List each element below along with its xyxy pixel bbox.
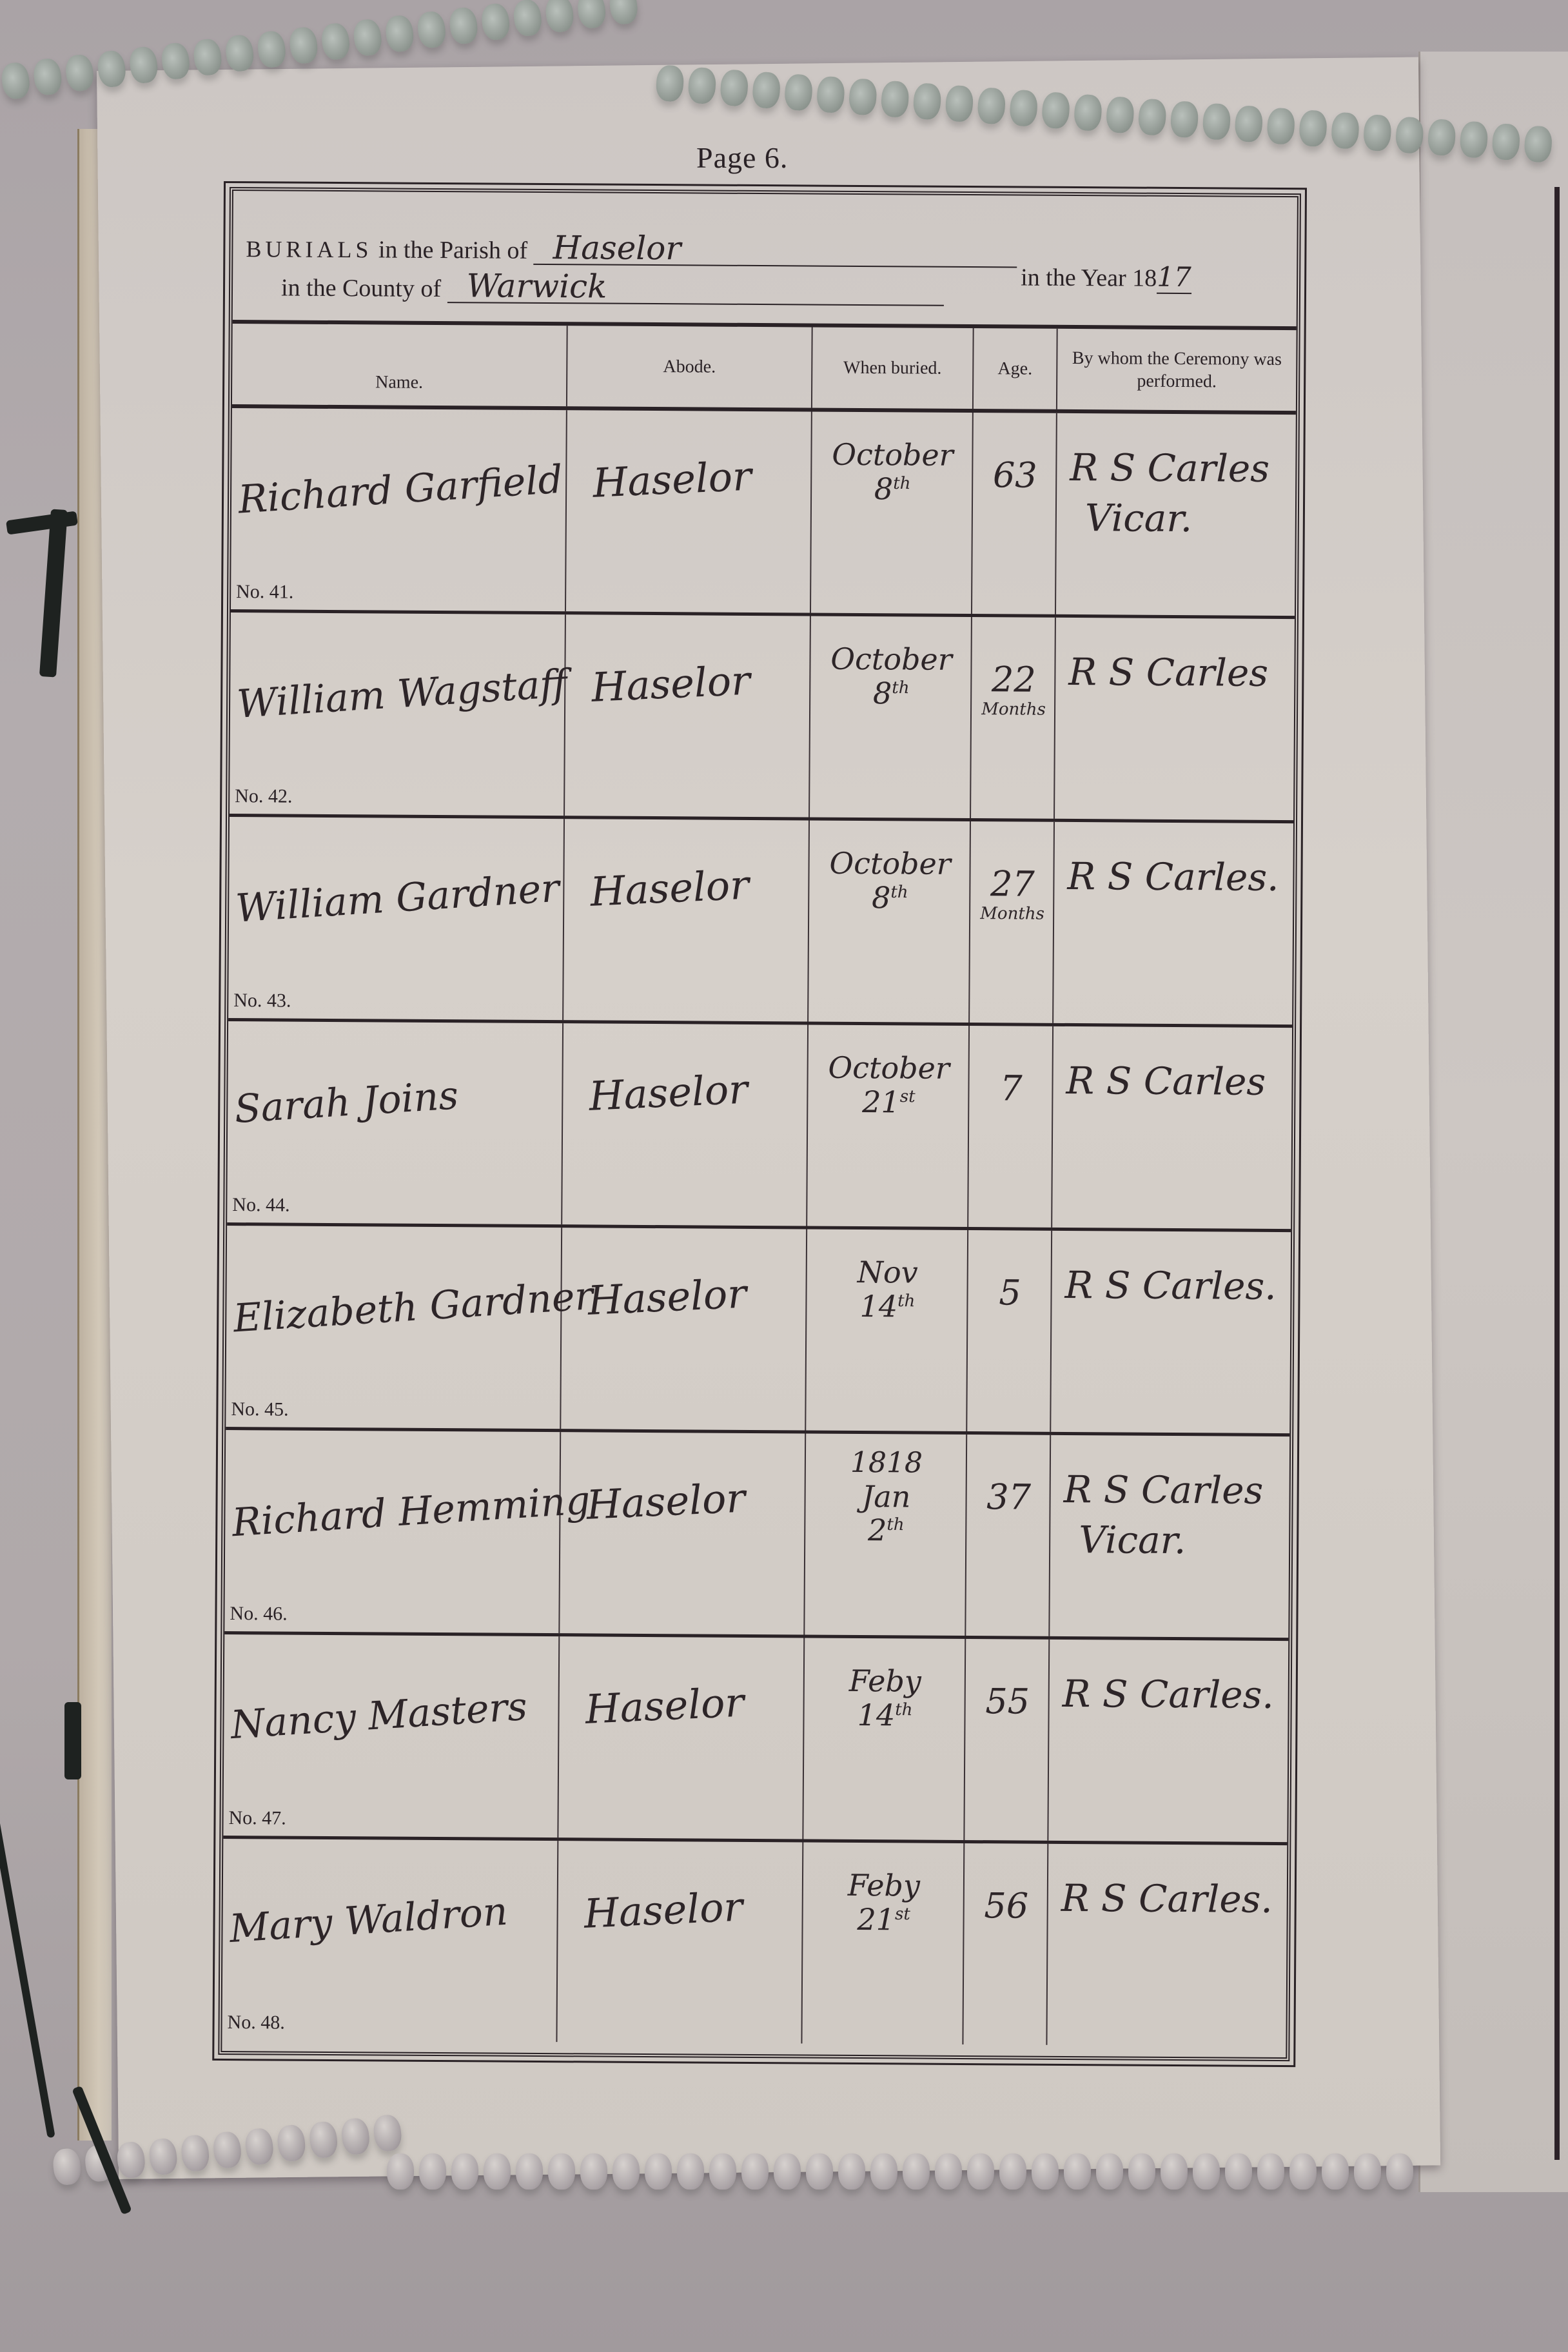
cell-officiant: R S Carles — [1052, 1026, 1292, 1229]
cell-abode: Haselor — [566, 410, 812, 612]
cell-name: Richard Garfield No. 41. — [231, 408, 567, 611]
entry-number: No. 47. — [228, 1807, 286, 1830]
burial-month: Feby — [848, 1868, 920, 1903]
abode-value: Haselor — [587, 1270, 747, 1324]
page-number: Page 6. — [696, 141, 788, 175]
day-suffix: th — [892, 678, 909, 698]
entry-number: No. 43. — [233, 990, 291, 1012]
officiant-title — [1068, 697, 1268, 698]
burial-day: 21 — [862, 1084, 900, 1119]
column-header-age: Age. — [974, 328, 1058, 409]
entry-number: No. 41. — [236, 581, 293, 603]
column-header-ceremony-by: By whom the Ceremony was performed. — [1057, 329, 1297, 411]
age-unit — [975, 1110, 1046, 1110]
register-entry: Mary Waldron No. 48. Haselor Feby21st 56… — [222, 1839, 1287, 2046]
burial-month: Jan — [862, 1479, 911, 1514]
age-unit — [973, 1518, 1044, 1519]
parish-value: Haselor — [533, 231, 1017, 268]
cell-name: Nancy Masters No. 47. — [223, 1634, 560, 1837]
parish-line: BURIALS in the Parish of Haselor — [246, 230, 1017, 268]
cell-name: William Gardner No. 43. — [228, 817, 565, 1020]
year-prefix: in the Year 18 — [1021, 264, 1157, 291]
officiant-name: R S Carles — [1068, 650, 1268, 695]
officiant-title — [1061, 1923, 1273, 1925]
burial-day: 2 — [868, 1513, 887, 1548]
cell-age: 56 — [963, 1843, 1048, 2045]
entry-number: No. 44. — [232, 1194, 289, 1217]
parish-prefix: in the Parish of — [378, 236, 527, 264]
officiant-title — [1064, 1310, 1276, 1311]
cell-when-buried: October21st — [807, 1025, 970, 1228]
cell-name: Richard Hemming No. 46. — [224, 1430, 561, 1633]
cell-name: Mary Waldron No. 48. — [222, 1839, 558, 2042]
entry-number: No. 45. — [231, 1398, 288, 1421]
cell-when-buried: Feby14th — [803, 1638, 966, 1840]
cell-officiant: R S CarlesVicar. — [1050, 1435, 1289, 1638]
officiant-name: R S Carles — [1063, 1467, 1263, 1513]
cell-name: Elizabeth Gardner No. 45. — [226, 1226, 562, 1429]
burial-day: 14 — [859, 1289, 897, 1324]
entry-number: No. 46. — [230, 1603, 287, 1625]
day-suffix: st — [895, 1905, 910, 1924]
day-suffix: st — [900, 1087, 916, 1106]
abode-value: Haselor — [585, 1475, 746, 1529]
cell-officiant: R S Carles. — [1051, 1231, 1291, 1433]
right-facing-page — [1418, 52, 1568, 2192]
age-unit: Months — [978, 701, 1049, 718]
year-value: 17 — [1157, 261, 1191, 294]
burial-day: 14 — [857, 1698, 896, 1732]
deceased-name: William Gardner — [235, 866, 561, 932]
register-entry: Nancy Masters No. 47. Haselor Feby14th 5… — [223, 1634, 1288, 1845]
age-value: 22 — [992, 659, 1036, 700]
cell-age: 7 — [968, 1026, 1053, 1228]
cell-abode: Haselor — [560, 1432, 806, 1634]
county-prefix: in the County of — [281, 274, 441, 302]
age-value: 7 — [1000, 1068, 1023, 1108]
officiant-name: R S Carles — [1066, 1059, 1266, 1104]
abode-value: Haselor — [592, 453, 752, 507]
cell-abode: Haselor — [558, 1636, 805, 1839]
cell-abode: Haselor — [565, 614, 811, 817]
age-value: 37 — [986, 1476, 1031, 1517]
burial-month: Feby — [849, 1663, 921, 1699]
day-suffix: th — [887, 1515, 904, 1534]
cell-officiant: R S Carles. — [1048, 1640, 1288, 1842]
cell-when-buried: 1818Jan2th — [805, 1433, 967, 1636]
cell-when-buried: October8th — [808, 821, 971, 1023]
age-unit: Months — [977, 905, 1048, 923]
burial-month: Nov — [857, 1255, 918, 1290]
column-header-abode: Abode. — [567, 326, 813, 407]
entry-number: No. 42. — [235, 785, 292, 808]
officiant-name: R S Carles. — [1061, 1876, 1273, 1921]
cell-officiant: R S Carles — [1055, 618, 1295, 820]
age-value: 56 — [984, 1885, 1028, 1926]
deceased-name: William Wagstaff — [235, 661, 568, 727]
officiant-title — [1063, 1719, 1274, 1720]
cell-when-buried: October8th — [811, 412, 974, 614]
register-entry: Richard Garfield No. 41. Haselor October… — [231, 408, 1296, 619]
cell-abode: Haselor — [562, 1023, 808, 1226]
day-suffix: th — [893, 474, 910, 493]
abode-value: Haselor — [591, 657, 751, 711]
deceased-name: Richard Garfield — [237, 457, 563, 523]
cell-age: 63 — [972, 413, 1057, 614]
day-suffix: th — [897, 1291, 915, 1311]
burial-day: 8 — [874, 471, 894, 506]
burial-day: 8 — [873, 676, 892, 710]
cell-age: 55 — [965, 1639, 1050, 1841]
officiant-name: R S Carles. — [1063, 1672, 1274, 1717]
register-entries: Richard Garfield No. 41. Haselor October… — [222, 408, 1295, 2046]
right-page-frame-edge — [1554, 187, 1560, 2160]
register-entry: Richard Hemming No. 46. Haselor 1818Jan2… — [224, 1430, 1289, 1641]
cell-when-buried: Nov14th — [806, 1230, 968, 1432]
cell-when-buried: October8th — [810, 616, 972, 819]
cell-age: 37 — [966, 1435, 1051, 1636]
day-suffix: th — [890, 883, 908, 902]
officiant-name: R S Carles — [1070, 446, 1269, 491]
column-header-when-buried: When buried. — [812, 328, 974, 409]
cell-name: Sarah Joins No. 44. — [227, 1021, 563, 1224]
abode-value: Haselor — [584, 1679, 745, 1733]
age-unit — [971, 1927, 1042, 1928]
register-entry: William Wagstaff No. 42. Haselor October… — [230, 612, 1295, 823]
binding-thread-lower — [64, 1702, 81, 1779]
decorative-cord-bottom-right — [387, 2153, 1413, 2190]
deceased-name: Sarah Joins — [233, 1073, 460, 1132]
officiant-name: R S Carles. — [1064, 1263, 1276, 1308]
cell-age: 5 — [967, 1230, 1052, 1432]
officiant-name: R S Carles. — [1067, 854, 1279, 899]
abode-value: Haselor — [589, 861, 750, 916]
deceased-name: Richard Hemming — [231, 1478, 592, 1545]
year-line: in the Year 1817 — [1021, 260, 1191, 294]
cell-when-buried: Feby21st — [802, 1842, 965, 2044]
age-value: 63 — [993, 455, 1037, 495]
cell-age: 27Months — [970, 821, 1055, 1023]
cell-name: William Wagstaff No. 42. — [230, 612, 566, 816]
burial-day: 8 — [872, 880, 891, 915]
burial-register-table: BURIALS in the Parish of Haselor in the … — [218, 187, 1301, 2061]
column-header-name: Name. — [232, 324, 568, 406]
burial-month: October — [829, 846, 951, 881]
age-value: 55 — [985, 1681, 1030, 1721]
age-value: 27 — [990, 863, 1035, 904]
register-title-block: BURIALS in the Parish of Haselor in the … — [233, 191, 1297, 330]
officiant-title — [1067, 901, 1279, 903]
cell-abode: Haselor — [563, 819, 810, 1021]
burials-heading: BURIALS — [246, 236, 372, 262]
cell-age: 22Months — [971, 617, 1056, 819]
register-entry: Sarah Joins No. 44. Haselor October21st … — [227, 1021, 1292, 1232]
age-unit — [972, 1723, 1043, 1723]
burial-month: October — [828, 1050, 950, 1086]
age-unit — [979, 496, 1050, 497]
cell-officiant: R S Carles. — [1053, 822, 1293, 1024]
cell-officiant: R S Carles. — [1047, 1844, 1287, 2046]
abode-value: Haselor — [583, 1883, 743, 1937]
burial-year-note: 1818 — [819, 1447, 954, 1480]
cell-abode: Haselor — [557, 1841, 803, 2043]
burial-month: October — [830, 642, 952, 677]
entry-number: No. 48. — [228, 2012, 285, 2034]
cell-abode: Haselor — [561, 1228, 807, 1430]
cell-officiant: R S CarlesVicar. — [1056, 413, 1296, 616]
officiant-title — [1066, 1106, 1266, 1107]
deceased-name: Nancy Masters — [230, 1684, 529, 1748]
officiant-title: Vicar. — [1070, 493, 1269, 544]
deceased-name: Mary Waldron — [228, 1889, 509, 1952]
officiant-title: Vicar. — [1063, 1514, 1263, 1566]
burial-month: October — [832, 437, 954, 473]
column-headers: Name. Abode. When buried. Age. By whom t… — [232, 324, 1297, 415]
register-entry: Elizabeth Gardner No. 45. Haselor Nov14t… — [226, 1226, 1291, 1436]
day-suffix: th — [895, 1700, 912, 1720]
burial-day: 21 — [857, 1902, 895, 1937]
age-value: 5 — [999, 1272, 1021, 1313]
county-line: in the County of Warwick — [281, 268, 944, 306]
register-entry: William Gardner No. 43. Haselor October8… — [228, 817, 1293, 1028]
deceased-name: Elizabeth Gardner — [232, 1273, 594, 1341]
age-unit — [974, 1314, 1045, 1315]
county-value: Warwick — [447, 269, 943, 306]
abode-value: Haselor — [588, 1066, 749, 1120]
